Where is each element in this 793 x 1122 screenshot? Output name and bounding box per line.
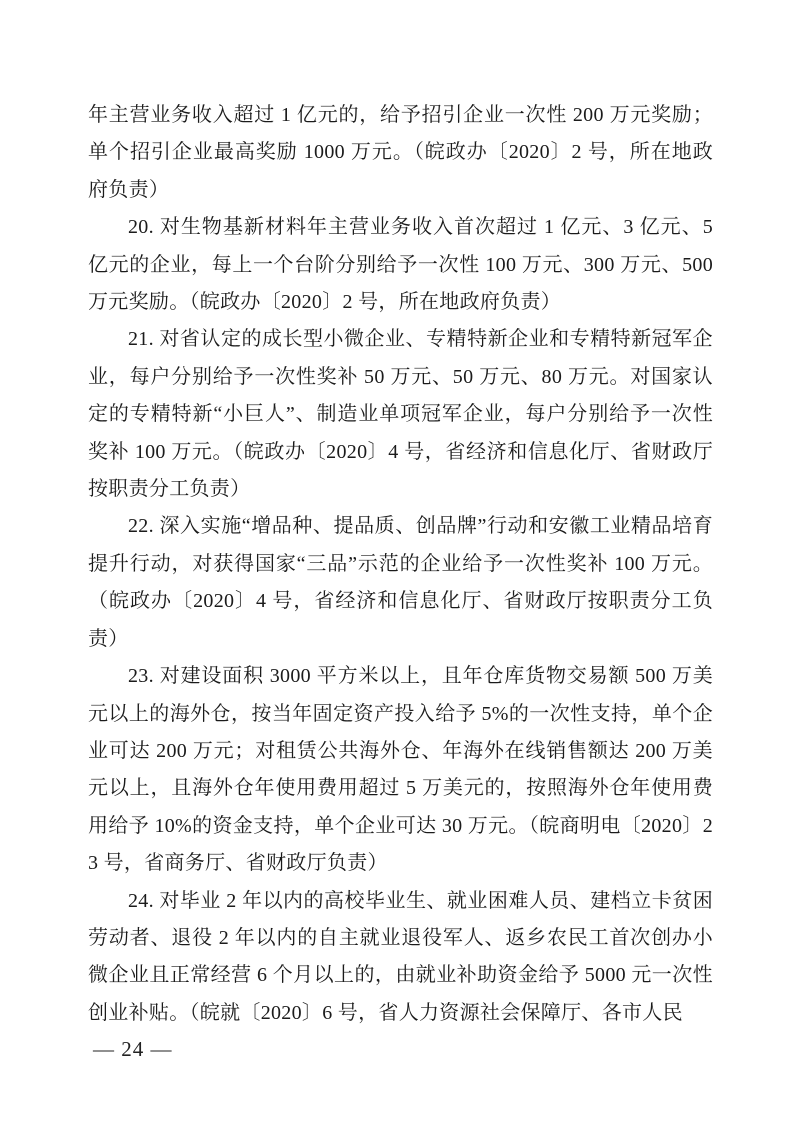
document-page: 年主营业务收入超过 1 亿元的，给予招引企业一次性 200 万元奖励；单个招引企…	[0, 0, 793, 1122]
page-number-footer: — 24 —	[93, 1035, 173, 1063]
paragraph-item-22: 22. 深入实施“增品种、提品质、创品牌”行动和安徽工业精品培育提升行动，对获得…	[88, 508, 713, 658]
paragraph-item-21: 21. 对省认定的成长型小微企业、专精特新企业和专精特新冠军企业，每户分别给予一…	[88, 321, 713, 508]
paragraph-continuation: 年主营业务收入超过 1 亿元的，给予招引企业一次性 200 万元奖励；单个招引企…	[88, 97, 713, 209]
paragraph-item-23: 23. 对建设面积 3000 平方米以上，且年仓库货物交易额 500 万美元以上…	[88, 658, 713, 882]
paragraph-item-20: 20. 对生物基新材料年主营业务收入首次超过 1 亿元、3 亿元、5 亿元的企业…	[88, 209, 713, 321]
paragraph-item-24: 24. 对毕业 2 年以内的高校毕业生、就业困难人员、建档立卡贫困劳动者、退役 …	[88, 883, 713, 1033]
document-body: 年主营业务收入超过 1 亿元的，给予招引企业一次性 200 万元奖励；单个招引企…	[88, 97, 713, 1032]
